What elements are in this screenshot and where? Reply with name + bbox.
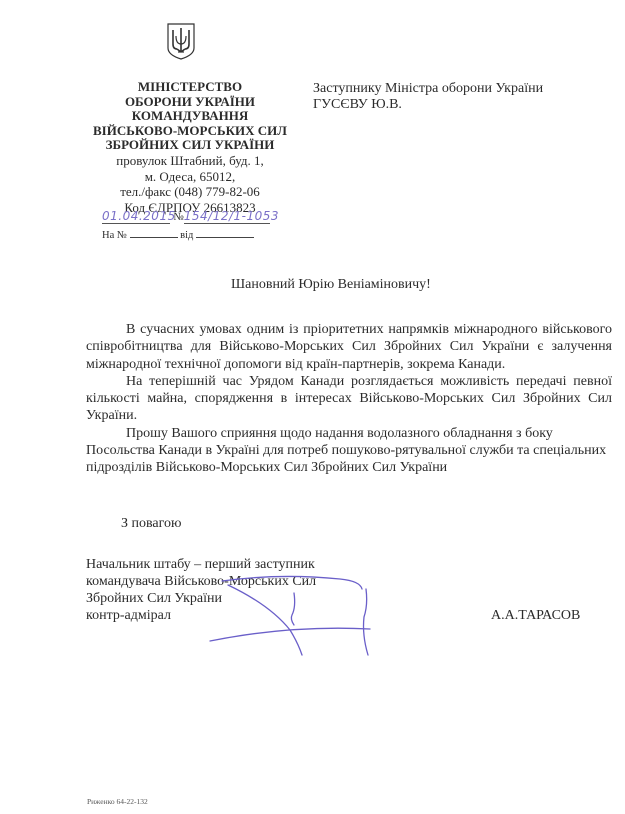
address-line: м. Одеса, 65012, [90, 169, 290, 185]
reference-number-label: На № [102, 230, 127, 241]
addressee-position: Заступнику Міністра оборони України [313, 81, 543, 97]
body-paragraph: Прошу Вашого сприяння щодо надання водол… [86, 425, 612, 477]
addressee: Заступнику Міністра оборони України ГУСЄ… [313, 81, 543, 113]
registration-line: 01.04.2015 №154/12/1-1053 [102, 208, 282, 224]
reference-number-blank [130, 228, 178, 238]
executor-footer: Риженко 64-22-132 [87, 797, 148, 806]
body-paragraph: На теперішній час Урядом Канади розгляда… [86, 373, 612, 425]
org-line: ОБОРОНИ УКРАЇНИ [90, 95, 290, 110]
letter-body: В сучасних умовах одним із пріоритетних … [86, 321, 612, 477]
organization-address: провулок Штабний, буд. 1, м. Одеса, 6501… [90, 153, 290, 215]
registration-date: 01.04.2015 [102, 209, 170, 224]
registration-number: 154/12/1-1053 [184, 209, 270, 224]
org-line: КОМАНДУВАННЯ [90, 109, 290, 124]
number-label: № [173, 211, 184, 223]
reference-line: На № від [102, 228, 254, 241]
org-line: ЗБРОЙНИХ СИЛ УКРАЇНИ [90, 138, 290, 153]
address-line: провулок Штабний, буд. 1, [90, 153, 290, 169]
organization-header: МІНІСТЕРСТВО ОБОРОНИ УКРАЇНИ КОМАНДУВАНН… [90, 80, 290, 153]
org-line: МІНІСТЕРСТВО [90, 80, 290, 95]
coat-of-arms-trident-icon [166, 22, 196, 60]
body-paragraph: В сучасних умовах одним із пріоритетних … [86, 321, 612, 373]
addressee-name: ГУСЄВУ Ю.В. [313, 97, 543, 113]
address-line: тел./факс (048) 779-82-06 [90, 184, 290, 200]
salutation: Шановний Юрію Веніаміновичу! [231, 277, 431, 293]
reference-date-label: від [180, 230, 193, 241]
signatory-name: А.А.ТАРАСОВ [491, 608, 580, 624]
org-line: ВІЙСЬКОВО-МОРСЬКИХ СИЛ [90, 124, 290, 139]
handwritten-signature [190, 555, 420, 660]
reference-date-blank [196, 228, 254, 238]
closing: З повагою [121, 516, 182, 532]
